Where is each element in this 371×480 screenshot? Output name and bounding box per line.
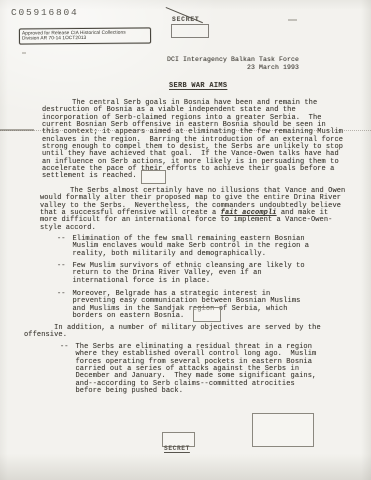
- scan-speck: [22, 52, 26, 54]
- scanned-document-page: C05916804 Approved for Release CIA Histo…: [0, 0, 371, 480]
- redaction-box-1: [141, 170, 166, 184]
- release-approval-stamp: Approved for Release CIA Historical Coll…: [19, 27, 151, 44]
- redaction-box-large: [252, 413, 314, 447]
- bullet-item-3: -- Moreover, Belgrade has a strategic in…: [57, 291, 300, 320]
- bullet-item-1: -- Elimination of the few small remainin…: [57, 236, 309, 258]
- bullet-text: Few Muslim survivors of ethnic cleansing…: [73, 263, 305, 285]
- pencil-underline: [0, 130, 371, 131]
- document-header: DCI Interagency Balkan Task Force 23 Mar…: [167, 56, 299, 71]
- bullet-text: Moreover, Belgrade has a strategic inter…: [73, 291, 301, 320]
- pencil-mark: [288, 19, 297, 21]
- bullet-dash: --: [60, 344, 69, 351]
- document-serial-number: C05916804: [11, 7, 79, 18]
- bullet-text: Elimination of the few small remaining e…: [73, 236, 310, 258]
- issuing-org: DCI Interagency Balkan Task Force: [167, 56, 299, 64]
- document-date: 23 March 1993: [167, 64, 299, 72]
- bullet-text: The Serbs are eliminating a residual thr…: [76, 344, 317, 395]
- redaction-box-2: [193, 307, 221, 322]
- classification-marking-bottom: SECRET: [164, 445, 190, 452]
- bullet-dash: --: [57, 263, 66, 270]
- pencil-underline-left: [0, 129, 34, 131]
- stamp-line-2: Division AR 70-14 1OCT2013: [22, 36, 148, 43]
- paragraph-3: In addition, a number of military object…: [24, 325, 321, 340]
- paragraph-1: The central Serb goals in Bosnia have be…: [42, 100, 343, 181]
- document-title: SERB WAR AIMS: [169, 82, 227, 90]
- bullet-item-2: -- Few Muslim survivors of ethnic cleans…: [57, 263, 305, 285]
- bullet-item-4: -- The Serbs are eliminating a residual …: [60, 344, 316, 395]
- bullet-dash: --: [57, 291, 66, 298]
- classification-box-top: [171, 24, 209, 38]
- bullet-dash: --: [57, 236, 66, 243]
- paragraph-2: The Serbs almost certainly have no illus…: [40, 188, 345, 232]
